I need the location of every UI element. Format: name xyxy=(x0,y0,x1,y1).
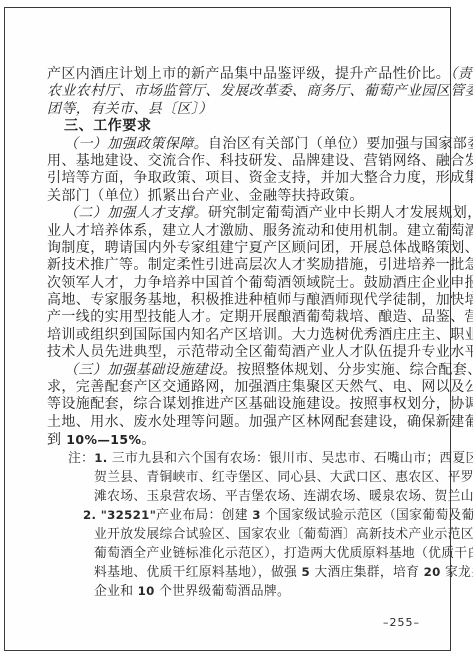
text-segment: 关部门（单位）抓紧出台产业、金融等扶持政策。 xyxy=(47,188,364,204)
text-segment: 个世界级葡萄酒品牌。 xyxy=(155,584,290,599)
text-segment: 3 xyxy=(252,508,261,522)
text-segment: 引培等方面，争取政策、项目、资金支持，并加大整合力度，形成集成效应。自治区相 xyxy=(47,170,473,186)
body-line: 关部门（单位）抓紧出台产业、金融等扶持政策。 xyxy=(47,188,440,205)
text-segment: 技术人员先进典型，示范带动全区葡萄酒产业人才队伍提升专业水平。 xyxy=(47,344,473,360)
body-line: 团等，有关市、县〔区〕） xyxy=(47,101,440,118)
note-line: 葡萄酒全产业链标准化示范区），打造两大优质原料基地（优质干白原 xyxy=(47,544,440,563)
text-segment: 1. xyxy=(94,451,112,465)
text-segment: 研究制定葡萄酒产业中长期人才发展规划，完善系统化产 xyxy=(208,205,473,221)
body-line: 求，完善配套产区交通路网，加强酒庄集聚区天然气、电、网以及公厕、垃圾转运站 xyxy=(47,379,440,396)
scanned-document-page: 产区内酒庄计划上市的新产品集中品鉴评级，提升产品性价比。（责任单位：自治区农业农… xyxy=(0,0,473,658)
text-segment: 家龙头酒庄 xyxy=(441,565,473,580)
body-line: 业人才培养体系，建立人才激励、服务流动和使用机制。建立葡萄酒产业常态化咨 xyxy=(47,223,440,240)
note-line: 料基地、优质干红原料基地），做强 5 大酒庄集群，培育 20 家龙头酒庄 xyxy=(47,563,440,582)
text-segment: 20 xyxy=(424,565,441,579)
body-line: 询制度，聘请国内外专家组建宁夏产区顾问团，开展总体战略策划、市场营销咨询、 xyxy=(47,240,440,257)
text-segment: 次领军人才，力争培养中国首个葡萄酒领域院士。鼓励酒庄企业申报企业类人才小 xyxy=(47,275,473,291)
body-line: 到 10%—15%。 xyxy=(47,431,440,448)
note-line: 业开放发展综合试验区、国家农业〔葡萄酒〕高新技术产业示范区、国家 xyxy=(47,525,440,544)
text-segment: 到 xyxy=(47,432,66,448)
text-segment: 产业布局：创建 xyxy=(156,508,252,523)
text-segment: 业开放发展综合试验区、国家农业〔葡萄酒〕高新技术产业示范区、国家 xyxy=(94,527,473,542)
text-segment: 5 xyxy=(302,565,311,579)
text-segment: 企业和 xyxy=(94,584,138,599)
text-segment: （二）加强人才支撑。 xyxy=(64,205,208,221)
body-line: 培训或组织到国际国内知名产区培训。大力选树优秀酒庄庄主、职业经理人、专业 xyxy=(47,327,440,344)
text-segment: 10%—15% xyxy=(66,432,141,447)
text-segment: 高地、专家服务基地，积极推进种植师与酿酒师现代学徒制，加快培养面向企业生 xyxy=(47,292,473,308)
text-segment: （三）加强基础设施建设。 xyxy=(64,362,237,378)
text-segment: （一）加强政策保障。 xyxy=(64,136,208,152)
page-number: –255– xyxy=(383,616,443,629)
text-segment: "32521" xyxy=(101,508,156,522)
text-segment: 培训或组织到国际国内知名产区培训。大力选树优秀酒庄庄主、职业经理人、专业 xyxy=(47,327,473,343)
text-segment: 滩农场、玉泉营农场、平吉堡农场、连湖农场、暖泉农场、贺兰山农牧场。 xyxy=(94,489,473,504)
text-segment: 三、工作要求 xyxy=(64,118,152,134)
body-line: 新技术推广等。制定柔性引进高层次人才奖励措施，引进培养一批急需紧缺的高层 xyxy=(47,257,440,274)
text-segment: （责任单位：自治区 xyxy=(450,66,473,82)
text-segment: 注： xyxy=(68,451,94,466)
text-segment: 农业农村厅、市场监管厅、发展改革委、商务厅、葡萄产业园区管委会、宁夏农垦集 xyxy=(47,83,473,99)
note-line: 贺兰县、青铜峡市、红寺堡区、同心县、大武口区、惠农区、平罗县；黄羊 xyxy=(47,468,440,487)
note-line: 注：1. 三市九县和六个国有农场：银川市、吴忠市、石嘴山市；西夏区、永宁县、 xyxy=(47,449,440,468)
body-line: 高地、专家服务基地，积极推进种植师与酿酒师现代学徒制，加快培养面向企业生 xyxy=(47,292,440,309)
body-line: （二）加强人才支撑。研究制定葡萄酒产业中长期人才发展规划，完善系统化产 xyxy=(47,205,440,222)
body-line: 产一线的实用型技能人才。定期开展酿酒葡萄栽培、酿造、品鉴、营销和葡萄酒文化 xyxy=(47,309,440,326)
text-segment: 贺兰县、青铜峡市、红寺堡区、同心县、大武口区、惠农区、平罗县；黄羊 xyxy=(94,470,473,485)
body-line: （三）加强基础设施建设。按照整体规划、分步实施、综合配套、功能完备的要 xyxy=(47,362,440,379)
text-segment: 新技术推广等。制定柔性引进高层次人才奖励措施，引进培养一批急需紧缺的高层 xyxy=(47,257,473,273)
body-line: 引培等方面，争取政策、项目、资金支持，并加大整合力度，形成集成效应。自治区相 xyxy=(47,170,440,187)
text-segment: 产一线的实用型技能人才。定期开展酿酒葡萄栽培、酿造、品鉴、营销和葡萄酒文化 xyxy=(47,309,473,325)
text-segment: 大酒庄集群，培育 xyxy=(310,565,424,580)
body-line: 次领军人才，力争培养中国首个葡萄酒领域院士。鼓励酒庄企业申报企业类人才小 xyxy=(47,275,440,292)
text-segment: 按照整体规划、分步实施、综合配套、功能完备的要 xyxy=(237,362,473,378)
section-heading: 三、工作要求 xyxy=(47,118,440,135)
text-segment: 询制度，聘请国内外专家组建宁夏产区顾问团，开展总体战略策划、市场营销咨询、 xyxy=(47,240,473,256)
document-body: 产区内酒庄计划上市的新产品集中品鉴评级，提升产品性价比。（责任单位：自治区农业农… xyxy=(47,66,440,601)
body-line: 用、基地建设、交流合作、科技研发、品牌建设、营销网络、融合发展、用水用电、人才 xyxy=(47,153,440,170)
text-segment: 产区内酒庄计划上市的新产品集中品鉴评级，提升产品性价比。 xyxy=(47,66,450,82)
body-line: 产区内酒庄计划上市的新产品集中品鉴评级，提升产品性价比。（责任单位：自治区 xyxy=(47,66,440,83)
text-segment: 自治区有关部门（单位）要加强与国家部委对接，在土地利 xyxy=(208,136,473,152)
body-line: （一）加强政策保障。自治区有关部门（单位）要加强与国家部委对接，在土地利 xyxy=(47,136,440,153)
text-segment: 用、基地建设、交流合作、科技研发、品牌建设、营销网络、融合发展、用水用电、人才 xyxy=(47,153,473,169)
body-line: 土地、用水、废水处理等问题。加强产区林网配套建设，确保新建葡萄园林网比例达 xyxy=(47,414,440,431)
text-segment: 求，完善配套产区交通路网，加强酒庄集聚区天然气、电、网以及公厕、垃圾转运站 xyxy=(47,379,473,395)
text-segment: 等设施配套，综合谋划推进产区基础设施建设。按照事权划分，协调解决酒庄酒企 xyxy=(47,396,473,412)
text-segment: 土地、用水、废水处理等问题。加强产区林网配套建设，确保新建葡萄园林网比例达 xyxy=(47,414,473,430)
note-line: 企业和 10 个世界级葡萄酒品牌。 xyxy=(47,582,440,601)
text-segment: 。 xyxy=(141,432,155,448)
note-line: 2. "32521"产业布局：创建 3 个国家级试验示范区（国家葡萄及葡萄酒产 xyxy=(47,506,440,525)
note-line: 滩农场、玉泉营农场、平吉堡农场、连湖农场、暖泉农场、贺兰山农牧场。 xyxy=(47,487,440,506)
body-line: 等设施配套，综合谋划推进产区基础设施建设。按照事权划分，协调解决酒庄酒企 xyxy=(47,396,440,413)
text-segment: 2. xyxy=(83,508,101,522)
text-segment: 料基地、优质干红原料基地），做强 xyxy=(94,565,302,580)
body-line: 农业农村厅、市场监管厅、发展改革委、商务厅、葡萄产业园区管委会、宁夏农垦集 xyxy=(47,83,440,100)
body-line: 技术人员先进典型，示范带动全区葡萄酒产业人才队伍提升专业水平。 xyxy=(47,344,440,361)
text-segment: 10 xyxy=(138,584,155,598)
text-segment: 业人才培养体系，建立人才激励、服务流动和使用机制。建立葡萄酒产业常态化咨 xyxy=(47,223,473,239)
text-segment: 三市九县和六个国有农场：银川市、吴忠市、石嘴山市；西夏区、永宁县、 xyxy=(112,451,473,466)
text-segment: 葡萄酒全产业链标准化示范区），打造两大优质原料基地（优质干白原 xyxy=(94,546,473,561)
text-segment: 个国家级试验示范区（国家葡萄及葡萄酒产 xyxy=(261,508,473,523)
text-segment: 团等，有关市、县〔区〕） xyxy=(47,101,213,117)
